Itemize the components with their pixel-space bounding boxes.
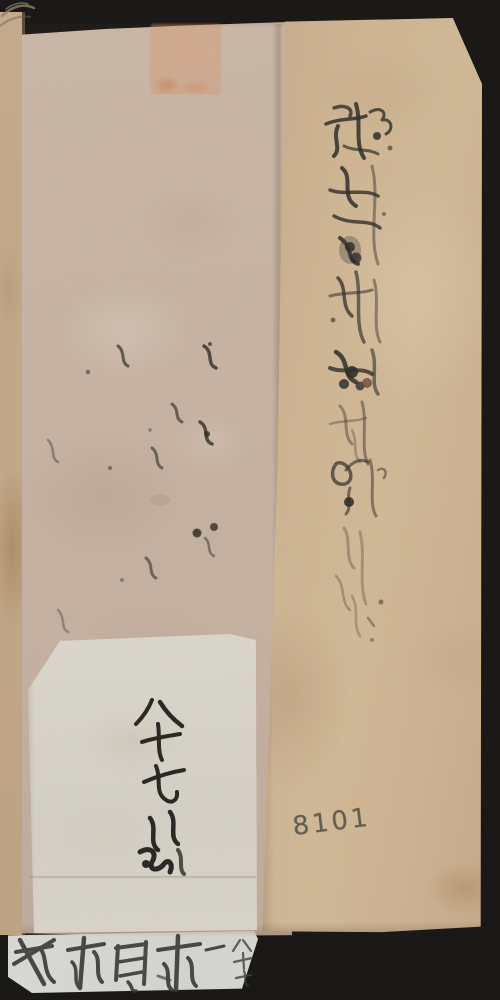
fragment-inscription xyxy=(14,936,252,991)
fragment-small-column xyxy=(233,940,252,986)
manuscript-photo: 8101 xyxy=(0,0,500,1000)
book-spine-curves xyxy=(0,3,34,26)
ink-overlay xyxy=(0,0,500,1000)
grain-texture xyxy=(22,18,482,934)
